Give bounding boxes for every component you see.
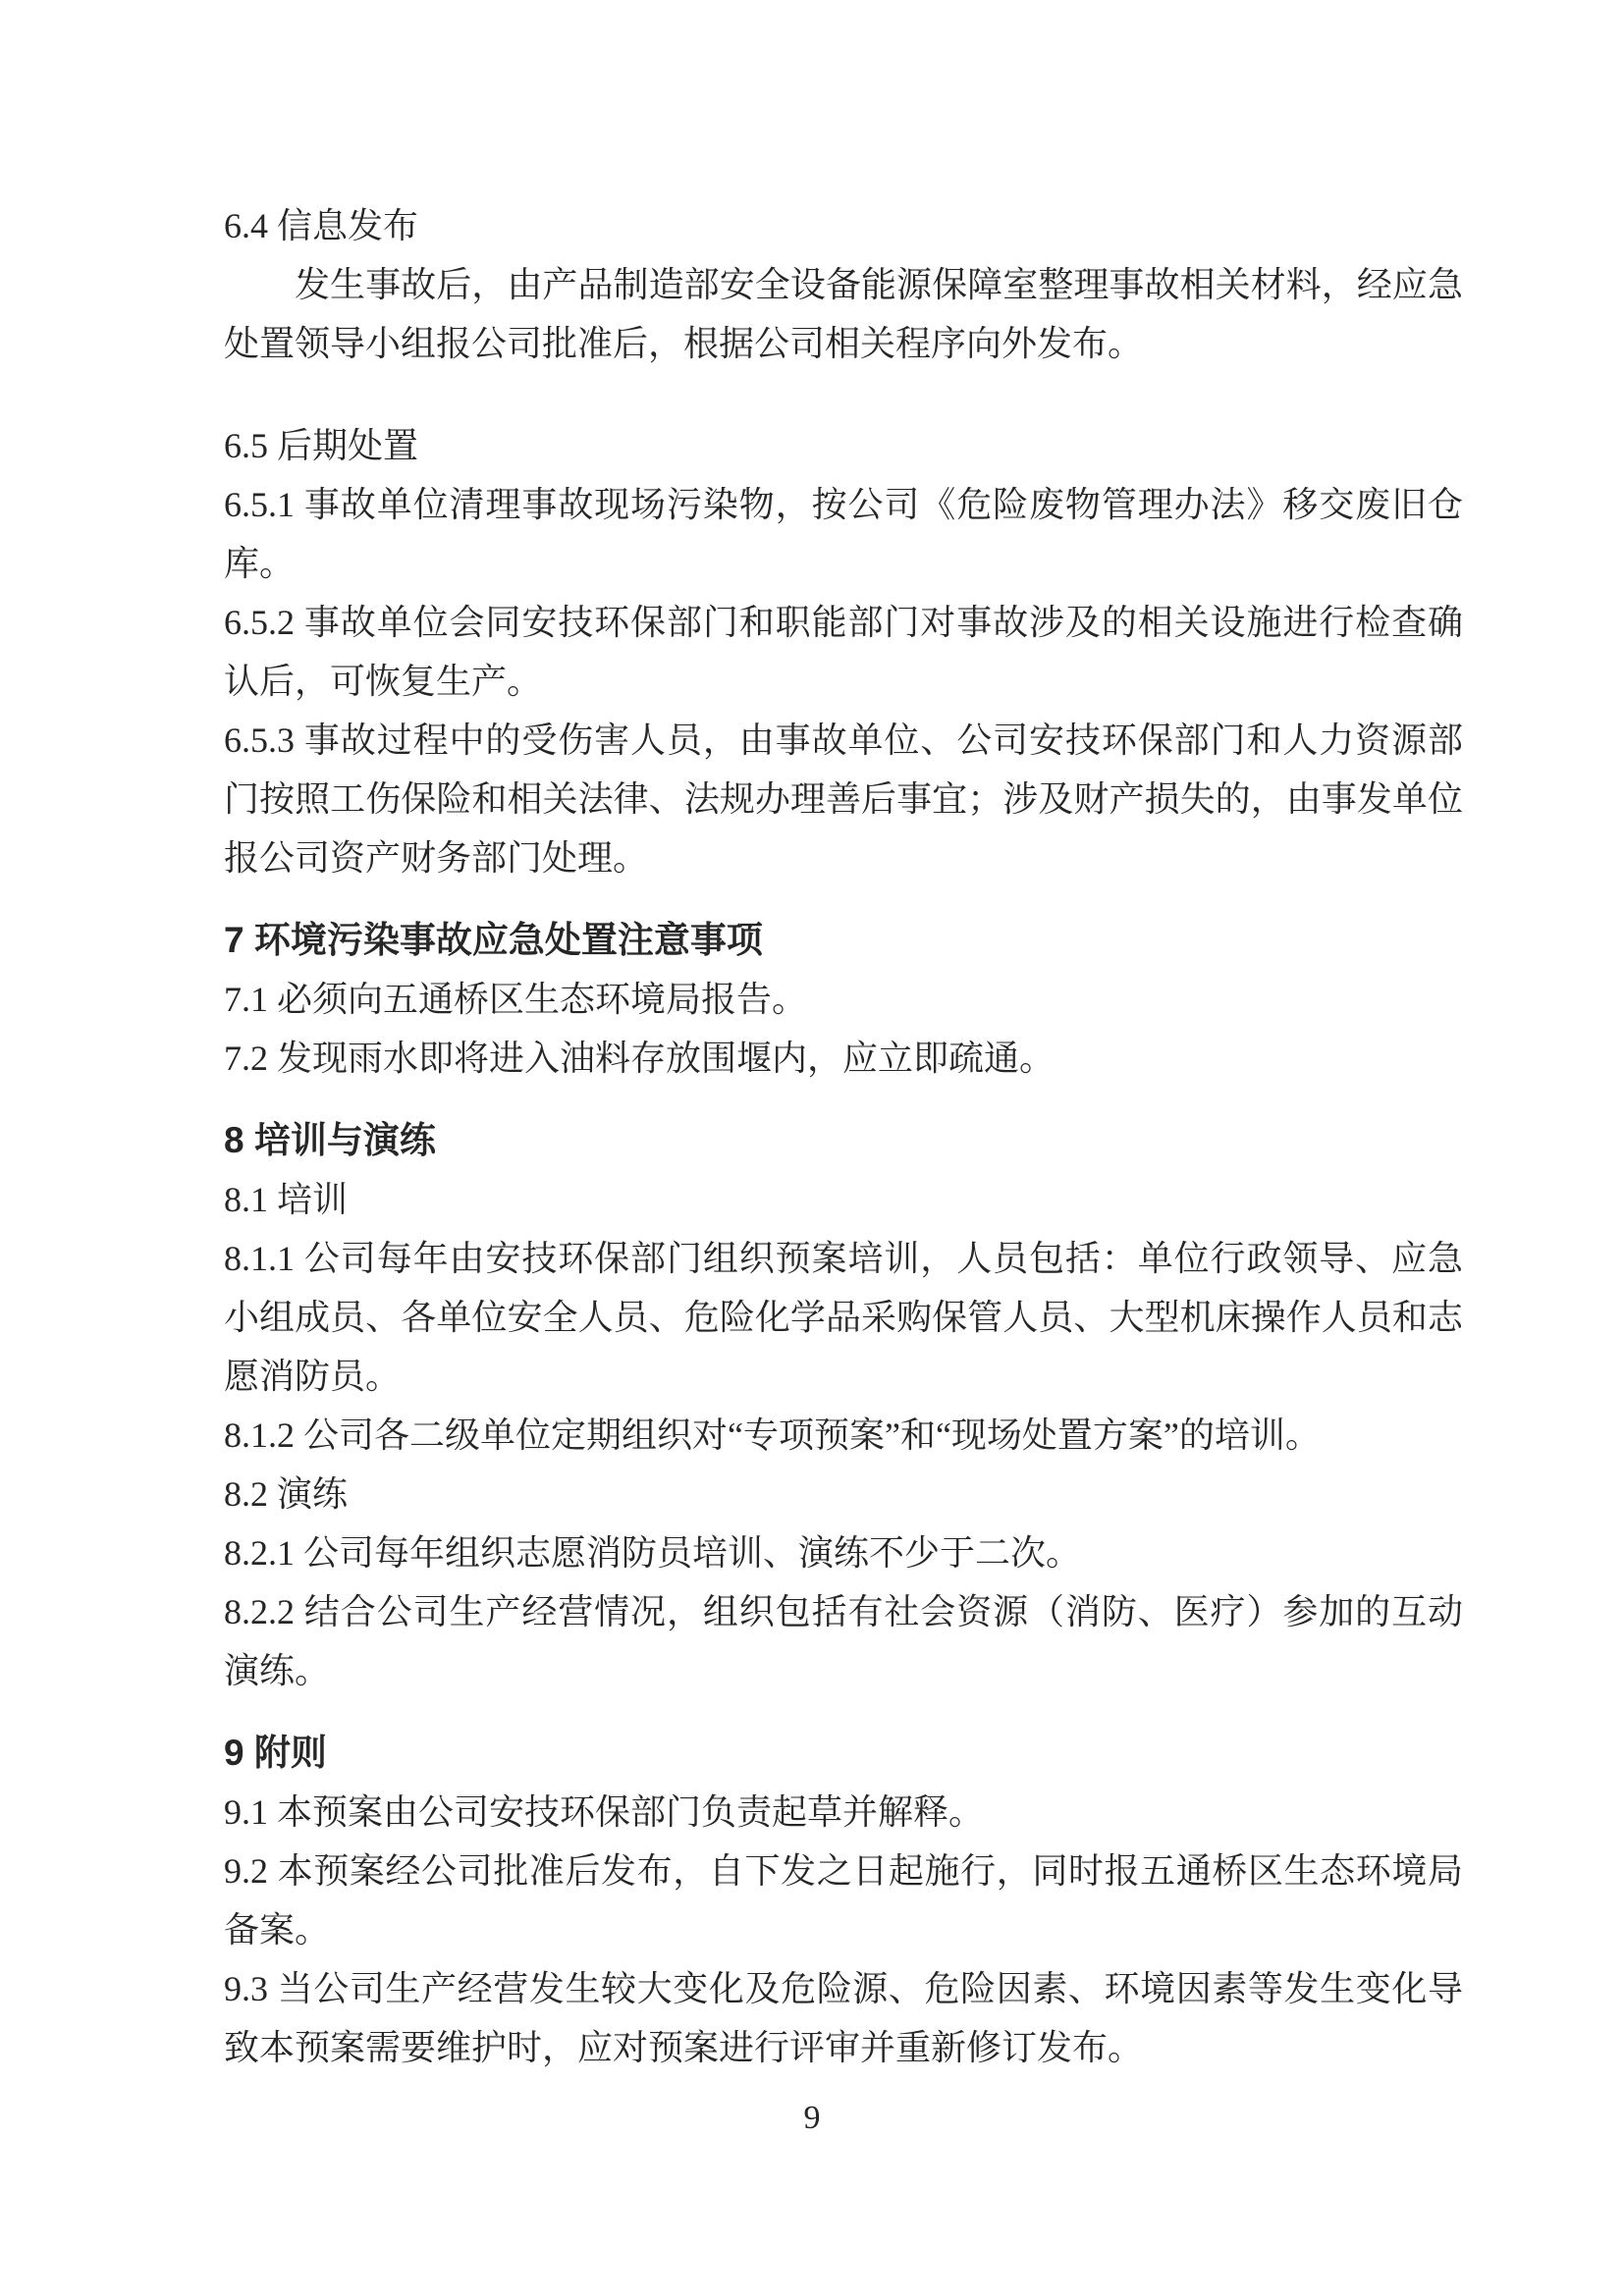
- heading-8: 8 培训与演练: [224, 1111, 1463, 1170]
- document-page: 6.4 信息发布 发生事故后，由产品制造部安全设备能源保障室整理事故相关材料，经…: [0, 0, 1624, 2296]
- paragraph-6-4-body: 发生事故后，由产品制造部安全设备能源保障室整理事故相关材料，经应急处置领导小组报…: [224, 255, 1463, 373]
- paragraph-9-1: 9.1 本预案由公司安技环保部门负责起草并解释。: [224, 1783, 1463, 1842]
- page-number: 9: [0, 2097, 1624, 2140]
- paragraph-7-2: 7.2 发现雨水即将进入油料存放围堰内，应立即疏通。: [224, 1029, 1463, 1088]
- heading-6-5: 6.5 后期处置: [224, 416, 1463, 475]
- paragraph-9-3: 9.3 当公司生产经营发生较大变化及危险源、危险因素、环境因素等发生变化导致本预…: [224, 1959, 1463, 2077]
- paragraph-8-1-1: 8.1.1 公司每年由安技环保部门组织预案培训，人员包括：单位行政领导、应急小组…: [224, 1229, 1463, 1406]
- paragraph-7-1: 7.1 必须向五通桥区生态环境局报告。: [224, 970, 1463, 1029]
- paragraph-8-2-2: 8.2.2 结合公司生产经营情况，组织包括有社会资源（消防、医疗）参加的互动演练…: [224, 1582, 1463, 1700]
- paragraph-8-2-1: 8.2.1 公司每年组织志愿消防员培训、演练不少于二次。: [224, 1523, 1463, 1582]
- heading-6-4: 6.4 信息发布: [224, 196, 1463, 255]
- heading-9: 9 附则: [224, 1724, 1463, 1783]
- heading-8-2: 8.2 演练: [224, 1465, 1463, 1523]
- paragraph-6-5-3: 6.5.3 事故过程中的受伤害人员，由事故单位、公司安技环保部门和人力资源部门按…: [224, 711, 1463, 887]
- paragraph-9-2: 9.2 本预案经公司批准后发布，自下发之日起施行，同时报五通桥区生态环境局备案。: [224, 1842, 1463, 1959]
- heading-8-1: 8.1 培训: [224, 1170, 1463, 1229]
- document-content: 6.4 信息发布 发生事故后，由产品制造部安全设备能源保障室整理事故相关材料，经…: [224, 196, 1463, 2077]
- paragraph-6-5-1: 6.5.1 事故单位清理事故现场污染物，按公司《危险废物管理办法》移交废旧仓库。: [224, 475, 1463, 593]
- paragraph-6-5-2: 6.5.2 事故单位会同安技环保部门和职能部门对事故涉及的相关设施进行检查确认后…: [224, 593, 1463, 711]
- heading-7: 7 环境污染事故应急处置注意事项: [224, 911, 1463, 970]
- paragraph-8-1-2: 8.1.2 公司各二级单位定期组织对“专项预案”和“现场处置方案”的培训。: [224, 1406, 1463, 1465]
